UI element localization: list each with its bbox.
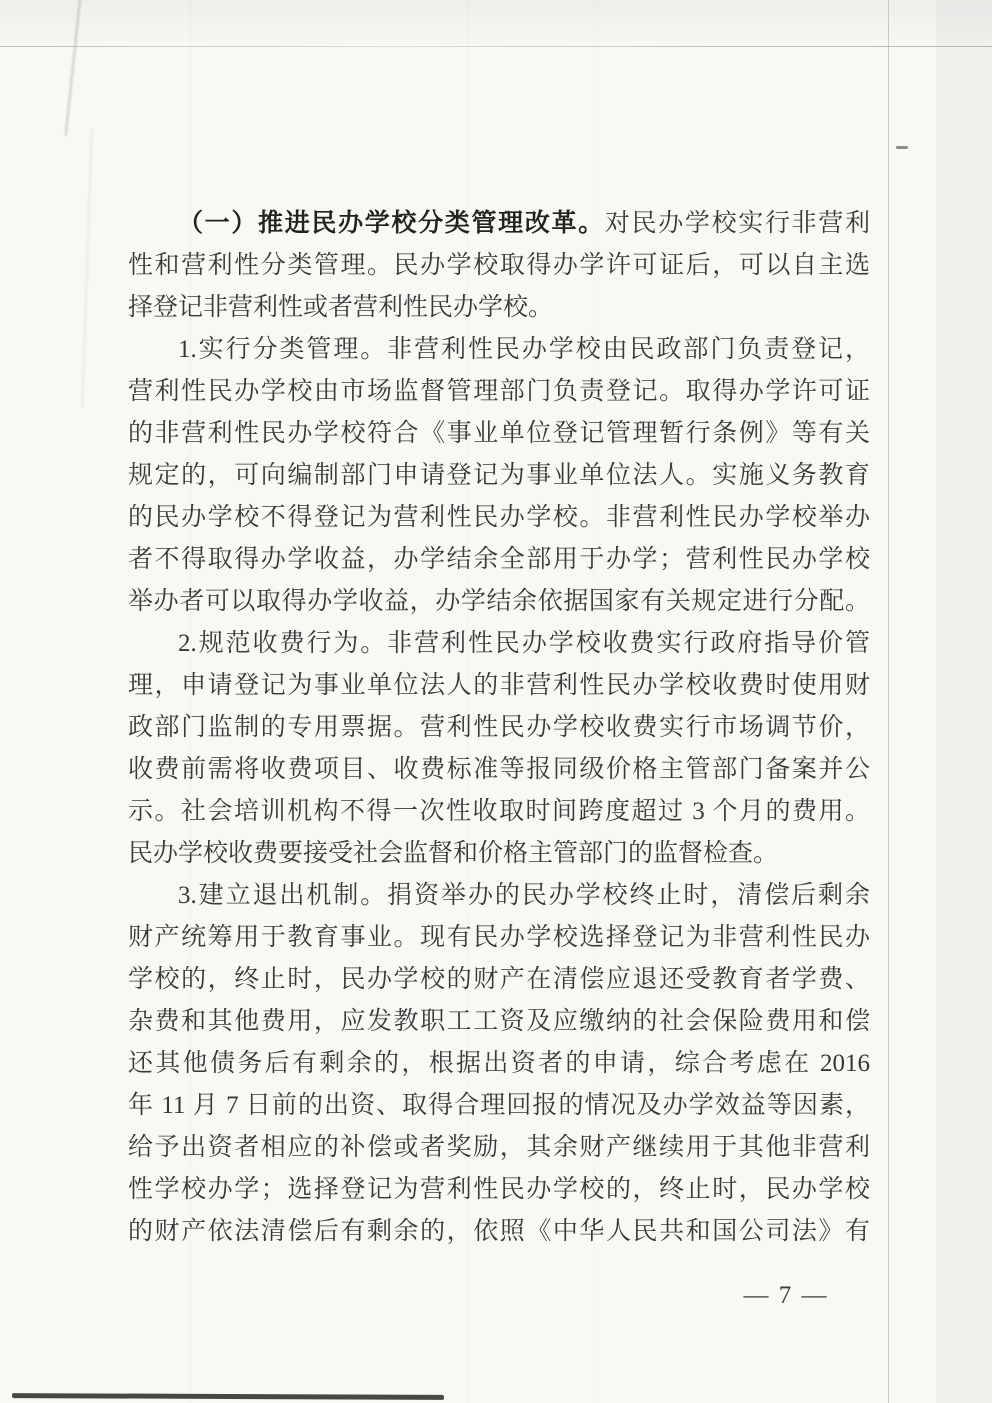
scan-speck — [896, 146, 908, 149]
text-line: 3.建立退出机制。捐资举办的民办学校终止时，清偿后剩余 — [128, 875, 870, 917]
text-line: 给予出资者相应的补偿或者奖励，其余财产继续用于其他非营利 — [128, 1127, 870, 1169]
text-line: 1.实行分类管理。非营利性民办学校由民政部门负责登记， — [128, 329, 870, 371]
text-line: 示。社会培训机构不得一次性收取时间跨度超过 3 个月的费用。 — [128, 791, 870, 833]
document-body: （一）推进民办学校分类管理改革。对民办学校实行非营利 性和营利性分类管理。民办学… — [128, 203, 870, 1253]
scanned-document-page: （一）推进民办学校分类管理改革。对民办学校实行非营利 性和营利性分类管理。民办学… — [0, 0, 992, 1403]
text-line: 性学校办学；选择登记为营利性民办学校的，终止时，民办学校 — [128, 1169, 870, 1211]
text-line: 的民办学校不得登记为营利性民办学校。非营利性民办学校举办 — [128, 497, 870, 539]
text-line: 营利性民办学校由市场监督管理部门负责登记。取得办学许可证 — [128, 371, 870, 413]
text-line: （一）推进民办学校分类管理改革。对民办学校实行非营利 — [128, 203, 870, 245]
text-line: 择登记非营利性或者营利性民办学校。 — [128, 287, 870, 329]
text-line: 者不得取得办学收益，办学结余全部用于办学；营利性民办学校 — [128, 539, 870, 581]
text-line: 政部门监制的专用票据。营利性民办学校收费实行市场调节价， — [128, 707, 870, 749]
text-line: 规定的，可向编制部门申请登记为事业单位法人。实施义务教育 — [128, 455, 870, 497]
text-line: 杂费和其他费用，应发教职工工资及应缴纳的社会保险费用和偿 — [128, 1001, 870, 1043]
paragraph-4: 3.建立退出机制。捐资举办的民办学校终止时，清偿后剩余 财产统筹用于教育事业。现… — [128, 875, 870, 1253]
paragraph-2: 1.实行分类管理。非营利性民办学校由民政部门负责登记， 营利性民办学校由市场监督… — [128, 329, 870, 623]
text-line: 2.规范收费行为。非营利性民办学校收费实行政府指导价管 — [128, 623, 870, 665]
text-line: 举办者可以取得办学收益，办学结余依据国家有关规定进行分配。 — [128, 581, 870, 623]
text-line: 财产统筹用于教育事业。现有民办学校选择登记为非营利性民办 — [128, 917, 870, 959]
text-line: 性和营利性分类管理。民办学校取得办学许可证后，可以自主选 — [128, 245, 870, 287]
text-line: 学校的，终止时，民办学校的财产在清偿应退还受教育者学费、 — [128, 959, 870, 1001]
page-number: — 7 — — [726, 1282, 846, 1310]
scan-vertical-fold-line — [888, 0, 889, 1403]
text-line: 的财产依法清偿后有剩余的，依照《中华人民共和国公司法》有 — [128, 1211, 870, 1253]
text-line: 理，申请登记为事业单位法人的非营利性民办学校收费时使用财 — [128, 665, 870, 707]
text-line: 收费前需将收费项目、收费标准等报同级价格主管部门备案并公 — [128, 749, 870, 791]
text-line: 年 11 月 7 日前的出资、取得合理回报的情况及办学效益等因素， — [128, 1085, 870, 1127]
scan-bottom-edge-shadow — [12, 1393, 444, 1400]
paragraph-1: （一）推进民办学校分类管理改革。对民办学校实行非营利 性和营利性分类管理。民办学… — [128, 203, 870, 329]
text-line: 民办学校收费要接受社会监督和价格主管部门的监督检查。 — [128, 833, 870, 875]
text-line: 的非营利性民办学校符合《事业单位登记管理暂行条例》等有关 — [128, 413, 870, 455]
scan-crease-mark — [81, 128, 93, 408]
section-heading: （一）推进民办学校分类管理改革。 — [178, 210, 605, 237]
scan-right-edge-band — [936, 0, 992, 1403]
body-text: 对民办学校实行非营利 — [605, 210, 870, 237]
paragraph-3: 2.规范收费行为。非营利性民办学校收费实行政府指导价管 理，申请登记为事业单位法… — [128, 623, 870, 875]
text-line: 还其他债务后有剩余的，根据出资者的申请，综合考虑在 2016 — [128, 1043, 870, 1085]
scan-horizontal-line — [0, 46, 992, 47]
scan-top-shading — [0, 0, 992, 44]
